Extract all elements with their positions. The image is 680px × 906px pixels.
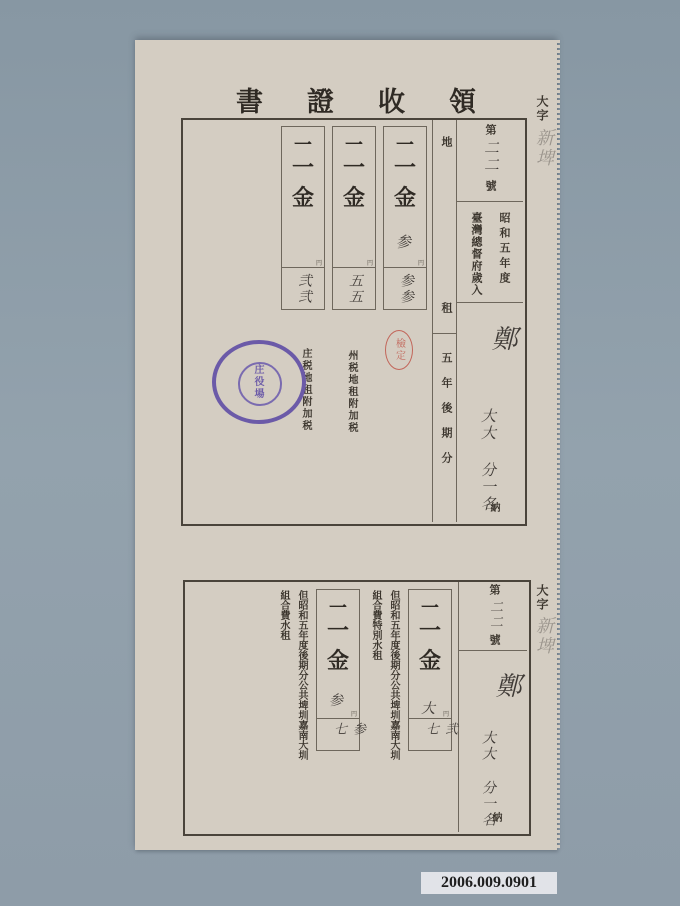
title-char-2: 證 (307, 80, 334, 119)
payer-suffix: 納 (488, 812, 503, 824)
inspection-seal: 檢定 (385, 330, 413, 370)
period-label: 五年後期分 (438, 352, 454, 477)
yen-mark: 円 (351, 709, 357, 718)
district-name-bottom: 新埤 (530, 616, 556, 656)
yen-mark: 円 (418, 258, 424, 267)
district-label-top: 大字 (534, 95, 551, 123)
revenue-label: 臺灣總督府歲入 (468, 212, 484, 296)
receipt-number: 二二 (485, 600, 504, 630)
title-char-3: 收 (378, 80, 405, 119)
payer-surname: 鄭 (484, 325, 521, 353)
tax-label: 租 (438, 302, 454, 315)
amount-prefix: 一金 (384, 153, 426, 213)
amount-prefix: 一金 (317, 616, 359, 676)
amount-prefix: 一金 (409, 616, 451, 676)
number-prefix: 第 (486, 584, 502, 597)
catalog-number-label: 2006.009.0901 (421, 872, 557, 894)
water-fee-description: 但昭和五年度後期分公共埤圳嘉南大圳 (294, 590, 309, 760)
prefecture-tax-label: 州税地租附加税 (344, 350, 359, 434)
divider (458, 582, 459, 832)
amount-lower: 参七 (329, 722, 367, 750)
amount-prefix: 一金 (282, 153, 324, 213)
fiscal-year: 昭和五年度 (496, 212, 512, 287)
amount-column-1: 一 一金 大 円 弐七 (408, 589, 452, 751)
amount-lower: 弐七 (421, 722, 459, 750)
district-label-bottom: 大字 (534, 584, 551, 612)
amount-lower: 五五 (345, 273, 365, 305)
divider (456, 120, 457, 522)
payer-surname: 鄭 (488, 672, 525, 700)
amount-upper: 参 (396, 231, 411, 252)
divider (459, 650, 527, 651)
water-fee-description-2: 組合費水租 (276, 590, 291, 640)
number-suffix: 號 (482, 180, 498, 193)
yen-mark: 円 (367, 258, 373, 267)
title-char-1: 書 (236, 80, 263, 119)
amount-lower: 参参 (396, 273, 416, 305)
number-prefix: 第 (482, 124, 498, 137)
receipt-number: 二二 (481, 140, 502, 174)
official-seal-stamp: 庄役場 (212, 340, 306, 424)
amount-upper: 参 (329, 690, 343, 710)
amount-column-2: 一 一金 参 円 参七 (316, 589, 360, 751)
title-char-4: 領 (449, 80, 476, 119)
amount-upper: 大 (421, 698, 435, 718)
yen-mark: 円 (316, 258, 322, 267)
divider (457, 201, 523, 202)
number-suffix: 號 (486, 634, 502, 647)
document-title: 書 證 收 領 (236, 80, 476, 119)
amount-prefix: 一金 (333, 153, 375, 213)
amount-column-3: 一 一金 円 弐弐 (281, 126, 325, 310)
yen-mark: 円 (443, 709, 449, 718)
amount-column-1: 一 一金 参 円 参参 (383, 126, 427, 310)
district-name-top: 新埤 (530, 128, 556, 168)
special-water-fee-description-2: 組合費特別水租 (368, 590, 383, 660)
payer-given-name: 大大 分一名 (478, 408, 499, 513)
divider (433, 333, 456, 334)
divider (457, 302, 523, 303)
special-water-fee-description: 但昭和五年度後期分公共埤圳嘉南大圳 (386, 590, 400, 760)
land-label: 地 (438, 136, 454, 149)
payer-suffix: 納 (486, 502, 501, 514)
amount-lower: 弐弐 (294, 273, 314, 305)
amount-column-2: 一 一金 円 五五 (332, 126, 376, 310)
divider (432, 120, 433, 522)
